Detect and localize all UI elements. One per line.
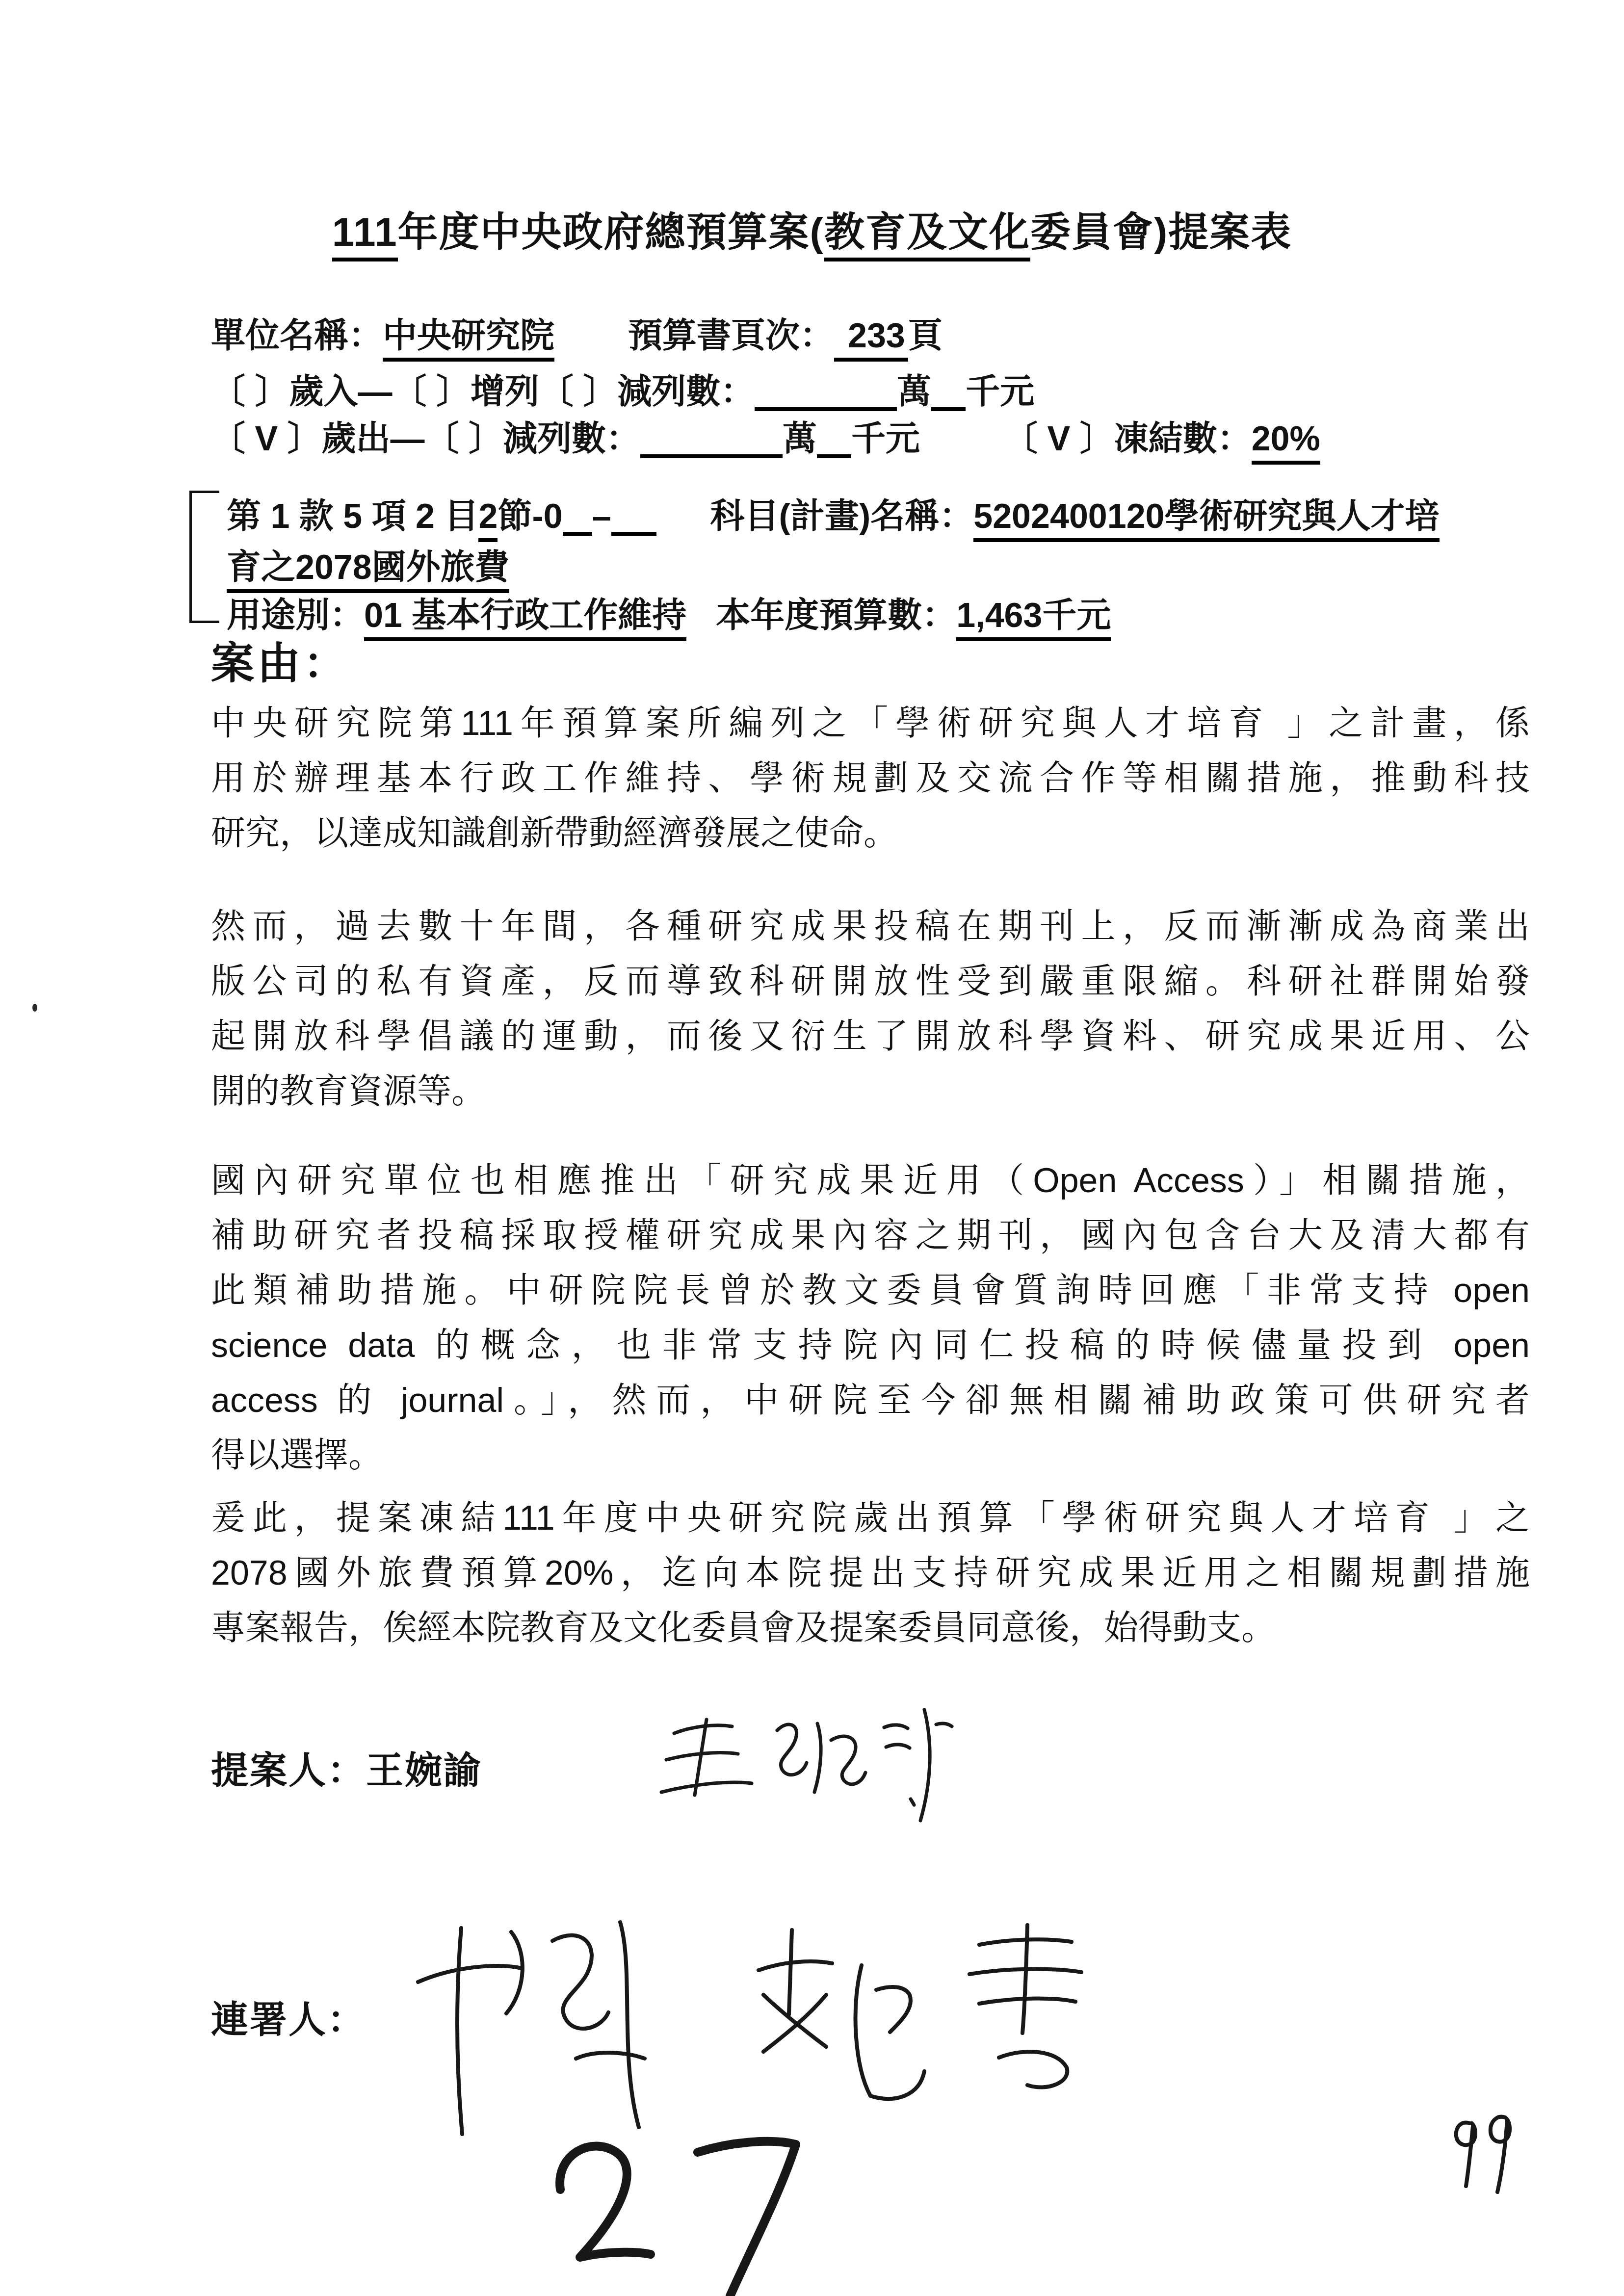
expenditure-amount-blank-2	[817, 454, 851, 458]
title-mid: 年度中央政府總預算案(	[398, 210, 824, 255]
cosigner-signature-2	[759, 1925, 1081, 2099]
paragraph-line: 爰此，提案凍結111年度中央研究院歲出預算「學術研究與人才培育 」之	[211, 1490, 1530, 1545]
paragraph-line: science data 的概念，也非常支持院內同仁投稿的時候儘量投到 open	[211, 1318, 1530, 1373]
clause-dash: –	[592, 497, 611, 535]
proposer-row: 提案人：王婉諭	[211, 1741, 482, 1794]
paragraph-1: 中央研究院第111年預算案所編列之「學術研究與人才培育 」之計畫，係 用於辦理基…	[211, 696, 1530, 861]
expenditure-qianyuan: 千元	[851, 419, 920, 458]
clause-bracket	[189, 491, 219, 623]
clause-blank-1	[563, 532, 592, 536]
paragraph-line: 2078國外旅費預算20%，迄向本院提出支持研究成果近用之相關規劃措施	[211, 1545, 1530, 1600]
proposer-label: 提案人：	[211, 1750, 366, 1792]
proposer-signature	[657, 1695, 971, 1827]
scanned-proposal-form: 111年度中央政府總預算案(教育及文化委員會)提案表 單位名稱：中央研究院預算書…	[0, 0, 1624, 2296]
revenue-wan: 萬	[897, 372, 931, 411]
scan-speck	[32, 1004, 37, 1012]
proposer-name: 王婉諭	[366, 1750, 482, 1792]
paragraph-line: 專案報告，俟經本院教育及文化委員會及提案委員同意後，始得動支。	[211, 1600, 1530, 1655]
paragraph-2: 然而，過去數十年間，各種研究成果投稿在期刊上，反而漸漸成為商業出 版公司的私有資…	[211, 899, 1530, 1119]
paragraph-line: 然而，過去數十年間，各種研究成果投稿在期刊上，反而漸漸成為商業出	[211, 899, 1530, 954]
paragraph-line: 起開放科學倡議的運動，而後又衍生了開放科學資料、研究成果近用、公	[211, 1009, 1530, 1064]
budget-amount-value: 1,463千元	[956, 596, 1111, 641]
paragraph-line: 版公司的私有資產，反而導致科研開放性受到嚴重限縮。科研社群開始發	[211, 954, 1530, 1009]
expenditure-wan: 萬	[783, 419, 817, 458]
subject-value-line2: 育之2078國外旅費	[227, 548, 509, 593]
expenditure-label: 〔 V 〕歲出—〔 〕減列數：	[211, 419, 640, 458]
usage-value: 01 基本行政工作維持	[364, 596, 686, 641]
budget-amount-label: 本年度預算數：	[716, 596, 956, 634]
unit-name-value: 中央研究院	[383, 316, 554, 362]
budget-page-value: 233	[834, 316, 908, 362]
subject-value-line1: 5202400120學術研究與人才培	[973, 497, 1439, 542]
revenue-label: 〔 〕歲入—〔 〕增列〔 〕減列數：	[211, 372, 755, 411]
revenue-amount-blank-2	[931, 407, 966, 411]
title-year: 111	[332, 210, 398, 261]
paragraph-3: 國內研究單位也相應推出「研究成果近用（Open Access）」相關措施， 補助…	[211, 1153, 1530, 1483]
title-tail: 委員會)提案表	[1030, 210, 1292, 255]
paragraph-line: 得以選擇。	[211, 1428, 1530, 1483]
revenue-qianyuan: 千元	[966, 372, 1034, 411]
clause-blank-2	[611, 532, 656, 536]
paragraph-line: 研究，以達成知識創新帶動經濟發展之使命。	[211, 806, 1530, 861]
title-committee: 教育及文化	[824, 210, 1030, 261]
budget-page-suffix: 頁	[908, 316, 943, 355]
revenue-amount-blank	[755, 407, 897, 411]
paragraph-line: 用於辦理基本行政工作維持、學術規劃及交流合作等相關措施，推動科技	[211, 751, 1530, 806]
paragraph-line: access 的 journal。」，然而，中研院至今卻無相關補助政策可供研究者	[211, 1373, 1530, 1428]
budget-page-label: 預算書頁次：	[628, 316, 834, 355]
unit-page-row: 單位名稱：中央研究院預算書頁次：233頁	[211, 308, 943, 358]
clause-row-2: 育之2078國外旅費	[227, 540, 509, 589]
cosigner-signature-1	[418, 1922, 645, 2134]
paragraph-line: 開的教育資源等。	[211, 1064, 1530, 1119]
unit-name-label: 單位名稱：	[211, 316, 383, 355]
clause-row-3: 用途別：01 基本行政工作維持本年度預算數：1,463千元	[227, 588, 1111, 637]
revenue-row: 〔 〕歲入—〔 〕增列〔 〕減列數：萬千元	[211, 364, 1034, 414]
freeze-value: 20%	[1252, 419, 1320, 465]
clause-section-suffix: 節-0	[498, 497, 562, 535]
paragraph-4: 爰此，提案凍結111年度中央研究院歲出預算「學術研究與人才培育 」之 2078國…	[211, 1490, 1530, 1655]
clause-row-1: 第 1 款 5 項 2 目2節-0–科目(計畫)名稱：5202400120學術研…	[227, 489, 1440, 538]
cosigner-row: 連署人：	[211, 1990, 366, 2043]
paragraph-line: 中央研究院第111年預算案所編列之「學術研究與人才培育 」之計畫，係	[211, 696, 1530, 751]
expenditure-amount-blank	[640, 454, 783, 458]
cosigner-label: 連署人：	[211, 1999, 366, 2041]
handwritten-27	[505, 2107, 849, 2296]
freeze-label: 〔 V 〕凍結數：	[1003, 419, 1252, 458]
handwritten-page-number-99	[1442, 2105, 1531, 2198]
clause-numbering: 第 1 款 5 項 2 目	[227, 497, 478, 535]
doc-title: 111年度中央政府總預算案(教育及文化委員會)提案表	[0, 200, 1624, 258]
expenditure-row: 〔 V 〕歲出—〔 〕減列數：萬千元〔 V 〕凍結數：20%	[211, 411, 1320, 461]
case-header: 案由：	[211, 629, 349, 691]
paragraph-line: 此類補助措施。中研院院長曾於教文委員會質詢時回應「非常支持 open	[211, 1263, 1530, 1318]
clause-section-value: 2	[478, 497, 498, 542]
paragraph-line: 補助研究者投稿採取授權研究成果內容之期刊，國內包含台大及清大都有	[211, 1208, 1530, 1263]
subject-label: 科目(計畫)名稱：	[710, 497, 974, 535]
paragraph-line: 國內研究單位也相應推出「研究成果近用（Open Access）」相關措施，	[211, 1153, 1530, 1208]
